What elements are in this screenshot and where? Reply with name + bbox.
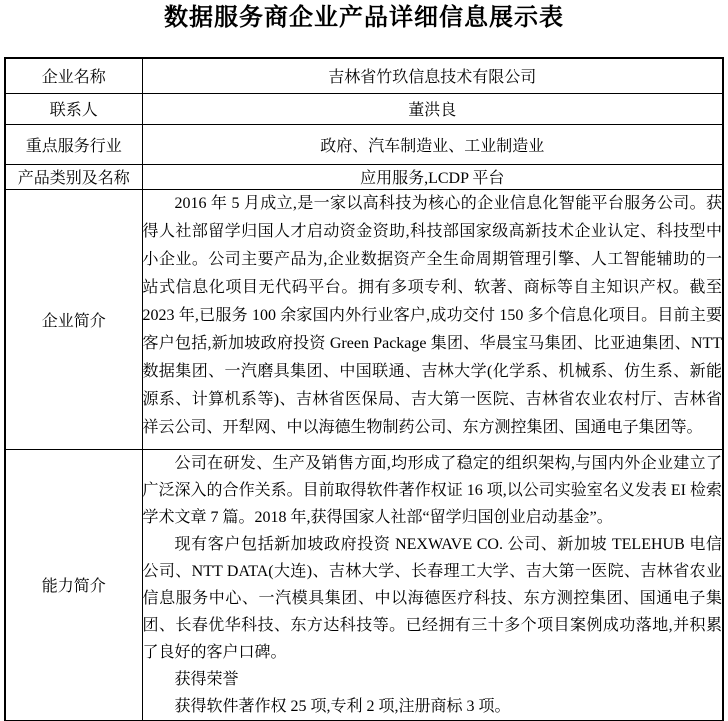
company-profile-paragraph: 2016 年 5 月成立,是一家以高科技为核心的企业信息化智能平台服务公司。获得… (143, 190, 723, 442)
label-company-profile: 企业简介 (5, 189, 142, 449)
table-row: 能力简介 公司在研发、生产及销售方面,均形成了稳定的组织架构,与国内外企业建立了… (5, 449, 723, 721)
company-profile-cell: 2016 年 5 月成立,是一家以高科技为核心的企业信息化智能平台服务公司。获得… (142, 189, 723, 449)
table-row: 企业简介 2016 年 5 月成立,是一家以高科技为核心的企业信息化智能平台服务… (5, 189, 723, 449)
value-contact-person: 董洪良 (142, 93, 723, 124)
capability-profile-cell: 公司在研发、生产及销售方面,均形成了稳定的组织架构,与国内外企业建立了广泛深入的… (142, 449, 723, 721)
value-product-category-name: 应用服务,LCDP 平台 (142, 164, 723, 189)
table-row: 企业名称 吉林省竹玖信息技术有限公司 (5, 58, 723, 93)
label-key-service-industries: 重点服务行业 (5, 124, 142, 164)
label-product-category-name: 产品类别及名称 (5, 164, 142, 189)
capability-paragraph-organization: 公司在研发、生产及销售方面,均形成了稳定的组织架构,与国内外企业建立了广泛深入的… (143, 450, 723, 531)
value-company-name: 吉林省竹玖信息技术有限公司 (142, 58, 723, 93)
company-info-table: 企业名称 吉林省竹玖信息技术有限公司 联系人 董洪良 重点服务行业 政府、汽车制… (4, 57, 724, 721)
label-contact-person: 联系人 (5, 93, 142, 124)
capability-paragraph-honors-heading: 获得荣誉 (143, 666, 723, 693)
label-company-name: 企业名称 (5, 58, 142, 93)
value-key-service-industries: 政府、汽车制造业、工业制造业 (142, 124, 723, 164)
label-capability-profile: 能力简介 (5, 449, 142, 721)
table-row: 重点服务行业 政府、汽车制造业、工业制造业 (5, 124, 723, 164)
capability-paragraph-clients: 现有客户包括新加坡政府投资 NEXWAVE CO. 公司、新加坡 TELEHUB… (143, 531, 723, 666)
page-title: 数据服务商企业产品详细信息展示表 (0, 4, 728, 32)
capability-paragraph-honors-detail: 获得软件著作权 25 项,专利 2 项,注册商标 3 项。 (143, 693, 723, 720)
table-row: 产品类别及名称 应用服务,LCDP 平台 (5, 164, 723, 189)
table-row: 联系人 董洪良 (5, 93, 723, 124)
